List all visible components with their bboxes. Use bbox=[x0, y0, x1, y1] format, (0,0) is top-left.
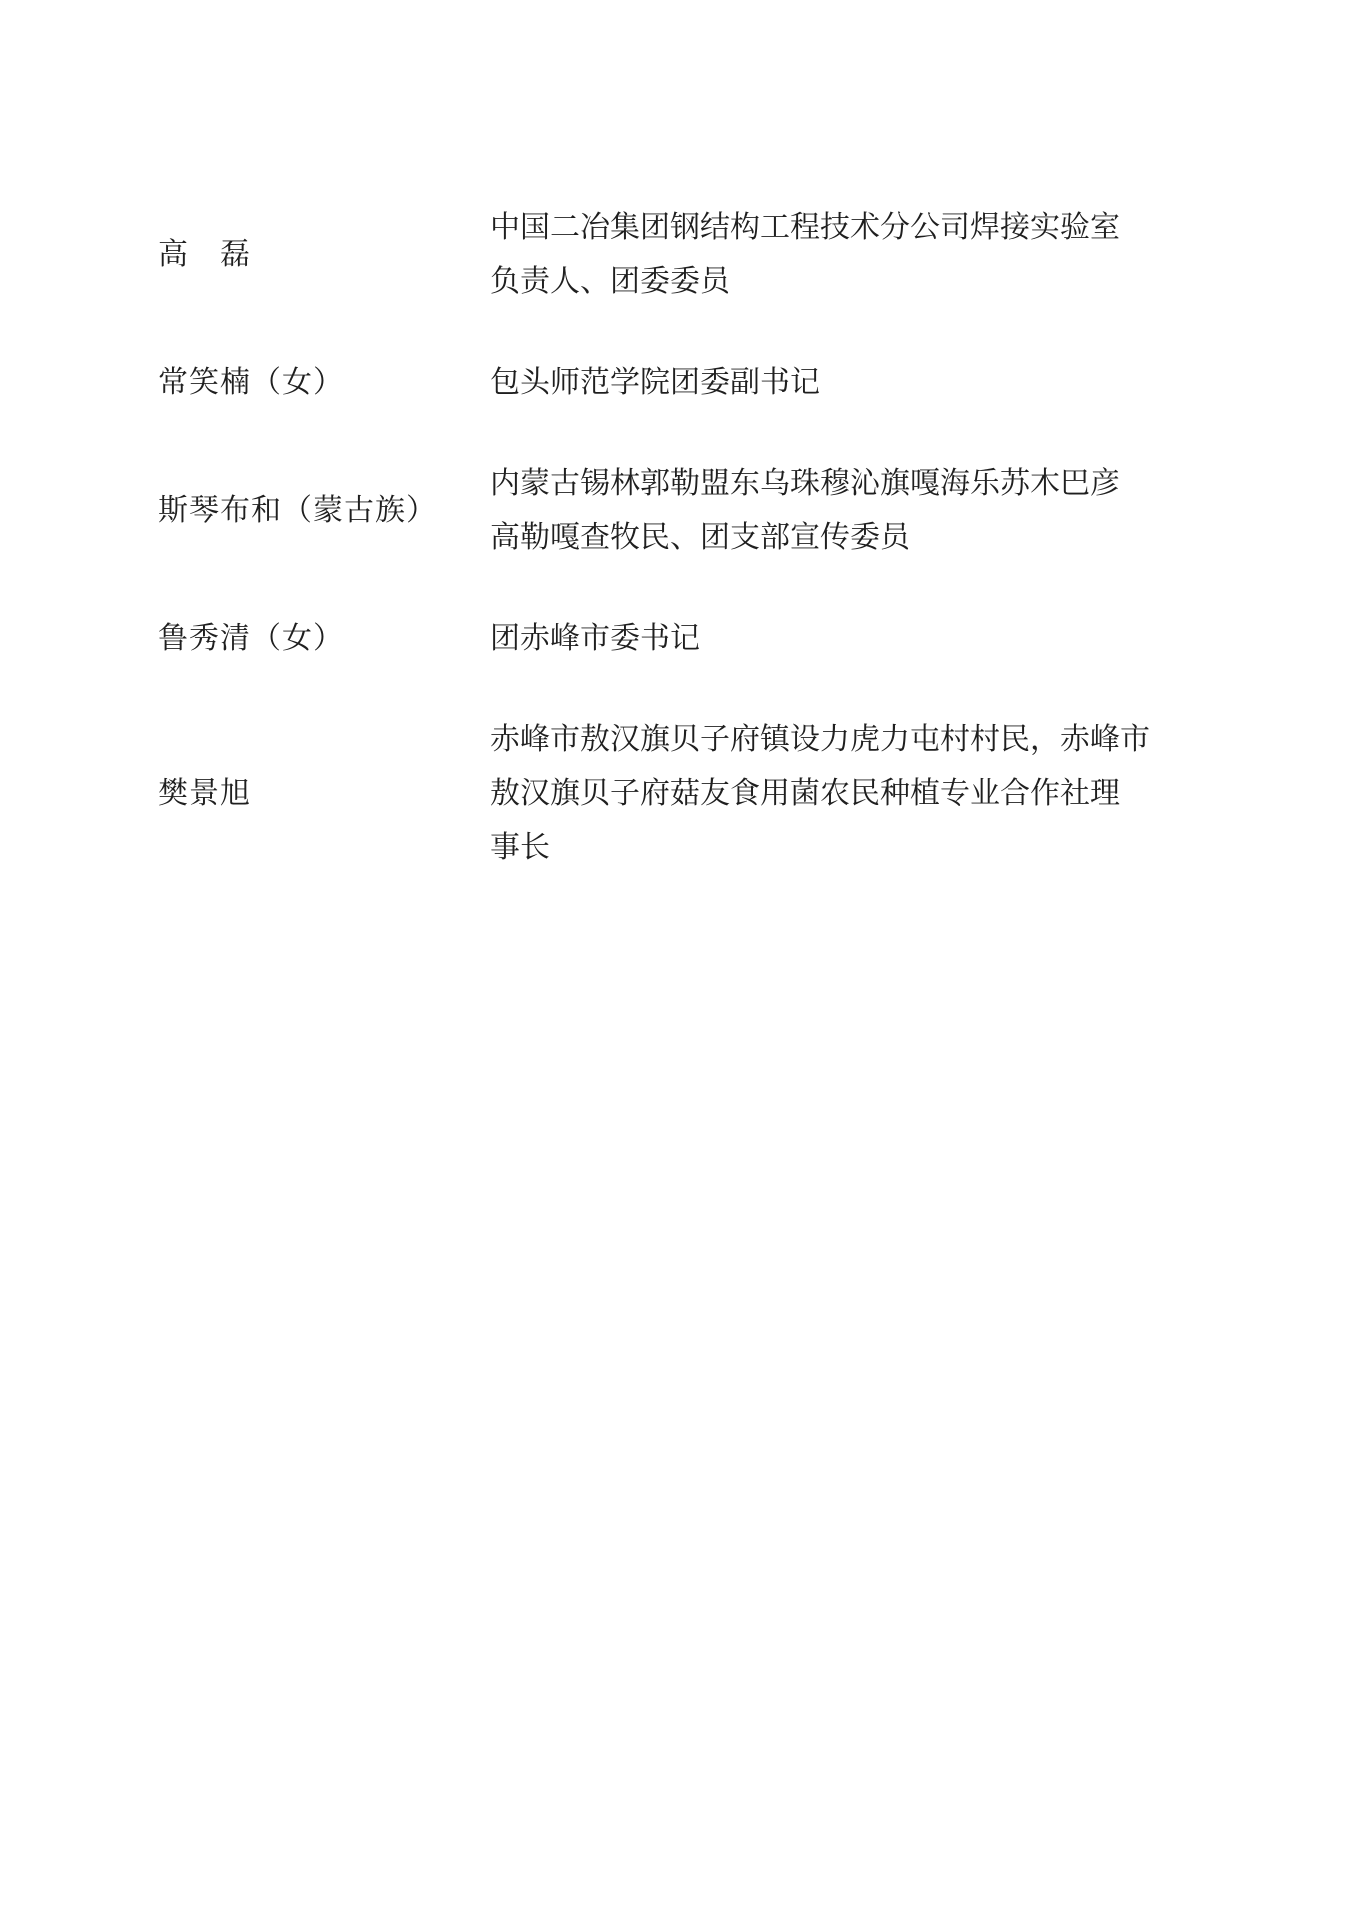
person-name: 高 磊 bbox=[158, 228, 490, 282]
roster-row: 高 磊 中国二冶集团钢结构工程技术分公司焊接实验室 负责人、团委委员 bbox=[158, 201, 1203, 309]
description-line: 赤峰市敖汉旗贝子府镇设力虎力屯村村民，赤峰市 bbox=[490, 713, 1202, 767]
roster-row: 樊景旭 赤峰市敖汉旗贝子府镇设力虎力屯村村民，赤峰市 敖汉旗贝子府菇友食用菌农民… bbox=[158, 713, 1203, 875]
person-description: 赤峰市敖汉旗贝子府镇设力虎力屯村村民，赤峰市 敖汉旗贝子府菇友食用菌农民种植专业… bbox=[490, 713, 1202, 875]
document-page: 高 磊 中国二冶集团钢结构工程技术分公司焊接实验室 负责人、团委委员 常笑楠（女… bbox=[0, 0, 1357, 1920]
person-name: 斯琴布和（蒙古族） bbox=[158, 484, 490, 538]
description-line: 高勒嘎查牧民、团支部宣传委员 bbox=[490, 511, 1202, 565]
roster-row: 鲁秀清（女） 团赤峰市委书记 bbox=[158, 612, 1203, 666]
description-line: 负责人、团委委员 bbox=[490, 255, 1202, 309]
description-line: 中国二冶集团钢结构工程技术分公司焊接实验室 bbox=[490, 201, 1202, 255]
person-name: 鲁秀清（女） bbox=[158, 612, 490, 666]
person-description: 团赤峰市委书记 bbox=[490, 612, 1202, 666]
roster-row: 斯琴布和（蒙古族） 内蒙古锡林郭勒盟东乌珠穆沁旗嘎海乐苏木巴彦 高勒嘎查牧民、团… bbox=[158, 457, 1203, 565]
roster-list: 高 磊 中国二冶集团钢结构工程技术分公司焊接实验室 负责人、团委委员 常笑楠（女… bbox=[158, 201, 1203, 922]
description-line: 事长 bbox=[490, 821, 1202, 875]
description-line: 团赤峰市委书记 bbox=[490, 612, 1202, 666]
description-line: 包头师范学院团委副书记 bbox=[490, 356, 1202, 410]
person-description: 中国二冶集团钢结构工程技术分公司焊接实验室 负责人、团委委员 bbox=[490, 201, 1202, 309]
person-name: 樊景旭 bbox=[158, 767, 490, 821]
person-name: 常笑楠（女） bbox=[158, 356, 490, 410]
description-line: 敖汉旗贝子府菇友食用菌农民种植专业合作社理 bbox=[490, 767, 1202, 821]
roster-row: 常笑楠（女） 包头师范学院团委副书记 bbox=[158, 356, 1203, 410]
person-description: 包头师范学院团委副书记 bbox=[490, 356, 1202, 410]
person-description: 内蒙古锡林郭勒盟东乌珠穆沁旗嘎海乐苏木巴彦 高勒嘎查牧民、团支部宣传委员 bbox=[490, 457, 1202, 565]
description-line: 内蒙古锡林郭勒盟东乌珠穆沁旗嘎海乐苏木巴彦 bbox=[490, 457, 1202, 511]
